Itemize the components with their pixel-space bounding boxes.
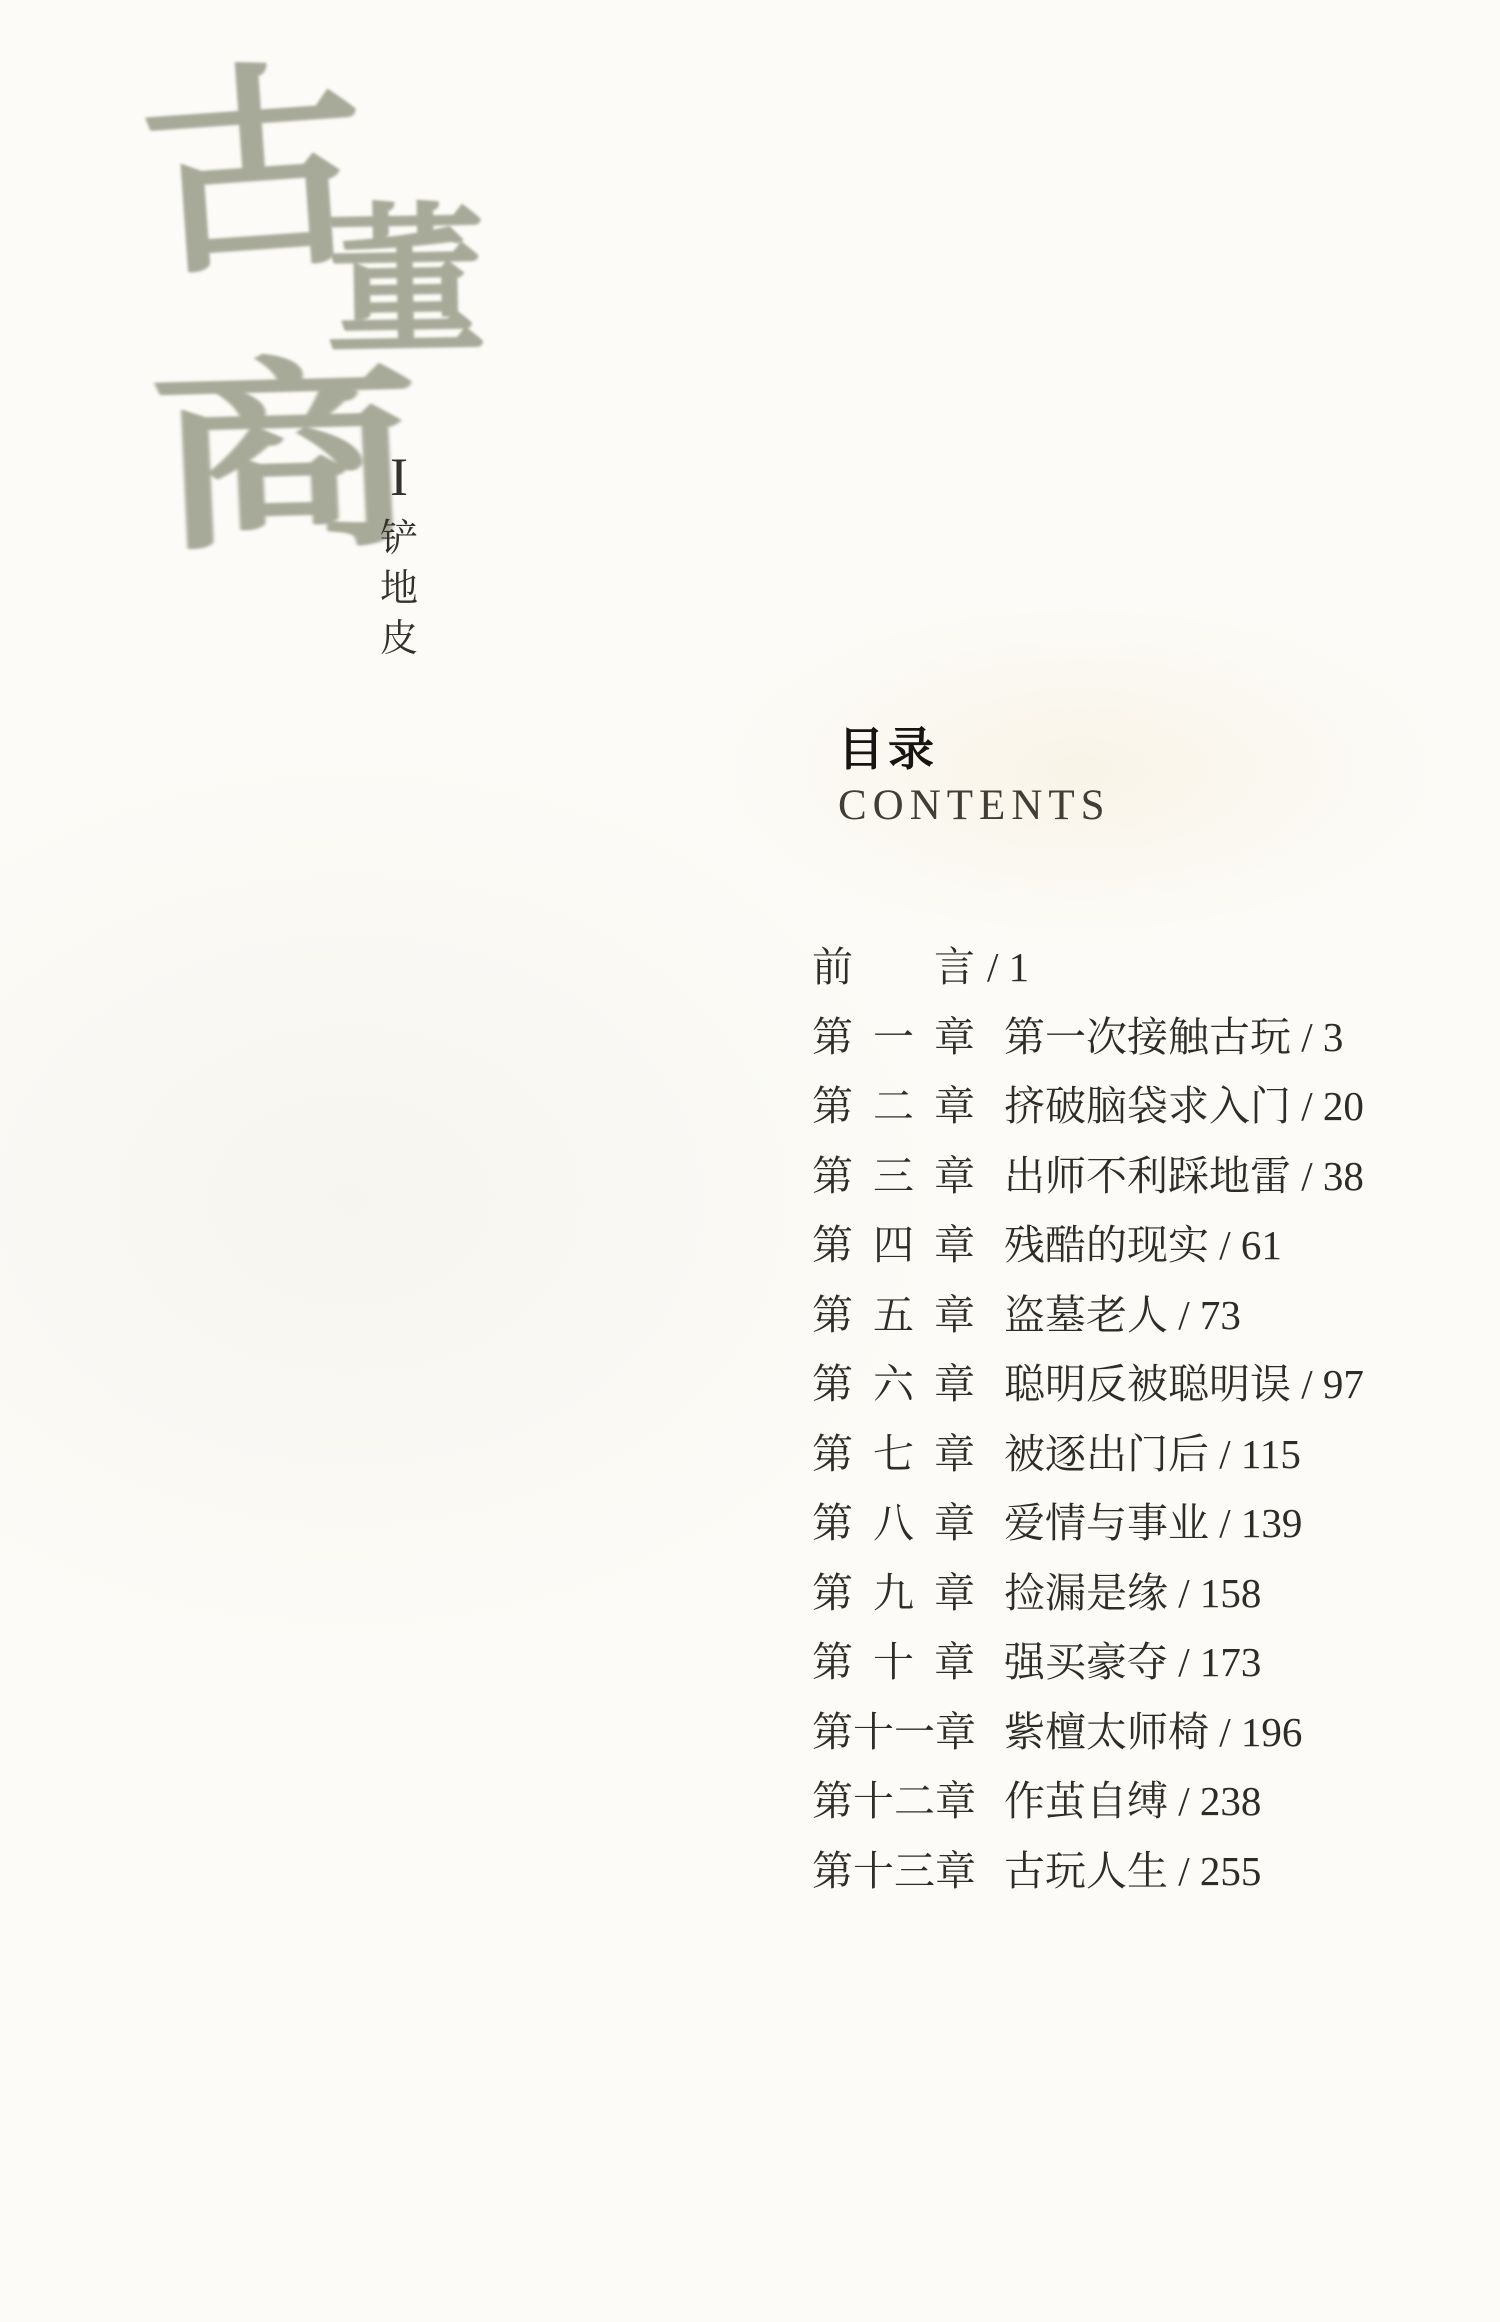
chapter-label: 第三章: [812, 1155, 975, 1197]
chapter-label-char: 言: [934, 946, 975, 988]
chapter-label: 第十三章: [812, 1850, 975, 1892]
volume-subtitle: 铲 地 皮: [374, 514, 424, 664]
volume-subtitle-char: 铲: [374, 514, 424, 564]
toc-row: 第二章挤破脑袋求入门 / 20: [812, 1085, 1364, 1127]
toc-row: 第十三章古玩人生 / 255: [812, 1850, 1364, 1892]
chapter-label-char: 第: [812, 1363, 853, 1405]
chapter-label-char: 第: [812, 1711, 853, 1753]
chapter-label-char: 章: [935, 1711, 976, 1753]
chapter-label-char: 第: [812, 1572, 853, 1614]
chapter-label-char: 一: [894, 1711, 935, 1753]
volume-number: I: [374, 450, 424, 504]
chapter-label-char: 第: [812, 1850, 853, 1892]
toc-row: 第四章残酷的现实 / 61: [812, 1224, 1364, 1266]
chapter-title: 残酷的现实: [1004, 1222, 1209, 1268]
chapter-label-char: 前: [812, 946, 853, 988]
volume-subtitle-char: 皮: [374, 614, 424, 664]
toc-heading: 目录: [838, 726, 1111, 772]
chapter-title-page: 第一次接触古玩 / 3: [1004, 1016, 1343, 1058]
volume-caption: I 铲 地 皮: [374, 450, 424, 664]
toc-row: 第八章爱情与事业 / 139: [812, 1502, 1364, 1544]
chapter-label-char: 第: [812, 1641, 853, 1683]
chapter-title-page: 出师不利踩地雷 / 38: [1004, 1155, 1364, 1197]
chapter-label: 第五章: [812, 1294, 975, 1336]
page-separator: /: [987, 944, 1009, 990]
chapter-title-page: 盗墓老人 / 73: [1004, 1294, 1241, 1336]
chapter-label-char: 十: [853, 1850, 894, 1892]
chapter-label-char: 章: [934, 1572, 975, 1614]
chapter-label: 第一章: [812, 1016, 975, 1058]
chapter-label-char: 三: [894, 1850, 935, 1892]
chapter-page: 173: [1200, 1639, 1262, 1685]
chapter-page: 97: [1323, 1361, 1364, 1407]
chapter-page: 255: [1200, 1848, 1262, 1894]
toc-row: 第六章聪明反被聪明误 / 97: [812, 1363, 1364, 1405]
toc-row: 第三章出师不利踩地雷 / 38: [812, 1155, 1364, 1197]
logo-char-dong: 董: [324, 201, 487, 364]
chapter-title-page: 强买豪夺 / 173: [1004, 1641, 1261, 1683]
toc-row: 第一章第一次接触古玩 / 3: [812, 1016, 1364, 1058]
chapter-label-char: 章: [935, 1780, 976, 1822]
chapter-page: 1: [1009, 944, 1030, 990]
chapter-label-char: 二: [894, 1780, 935, 1822]
chapter-label-char: 第: [812, 1085, 853, 1127]
page-separator: /: [1209, 1431, 1241, 1477]
chapter-title-page: / 1: [987, 946, 1029, 988]
chapter-title: 强买豪夺: [1004, 1639, 1168, 1685]
page-separator: /: [1291, 1083, 1323, 1129]
chapter-page: 73: [1200, 1292, 1241, 1338]
chapter-label-char: 章: [934, 1641, 975, 1683]
page-separator: /: [1168, 1570, 1200, 1616]
page-separator: /: [1168, 1848, 1200, 1894]
page-separator: /: [1291, 1361, 1323, 1407]
chapter-label-char: 十: [853, 1780, 894, 1822]
chapter-title: 捡漏是缘: [1004, 1570, 1168, 1616]
page-separator: /: [1291, 1153, 1323, 1199]
toc-row: 第七章被逐出门后 / 115: [812, 1433, 1364, 1475]
chapter-title: 紫檀太师椅: [1004, 1709, 1209, 1755]
toc-heading-en: CONTENTS: [838, 784, 1111, 827]
chapter-label-char: 十: [853, 1711, 894, 1753]
chapter-page: 61: [1241, 1222, 1282, 1268]
chapter-label-char: 三: [873, 1155, 914, 1197]
chapter-label-char: 章: [934, 1433, 975, 1475]
page-separator: /: [1291, 1014, 1323, 1060]
book-page: 古 董 商 I 铲 地 皮 目录 CONTENTS 前言/ 1第一章第一次接触古…: [0, 0, 1500, 2322]
chapter-label-char: 章: [935, 1850, 976, 1892]
chapter-label: 第九章: [812, 1572, 975, 1614]
chapter-label-char: 第: [812, 1780, 853, 1822]
chapter-label-char: 章: [934, 1155, 975, 1197]
chapter-label: 第十一章: [812, 1711, 975, 1753]
toc-row: 第十章强买豪夺 / 173: [812, 1641, 1364, 1683]
chapter-title: 第一次接触古玩: [1004, 1014, 1291, 1060]
page-separator: /: [1209, 1222, 1241, 1268]
chapter-page: 20: [1323, 1083, 1364, 1129]
toc-row: 第九章捡漏是缘 / 158: [812, 1572, 1364, 1614]
page-separator: /: [1168, 1778, 1200, 1824]
chapter-label-char: 章: [934, 1016, 975, 1058]
chapter-title: 作茧自缚: [1004, 1778, 1168, 1824]
chapter-label: 第十章: [812, 1641, 975, 1683]
toc-row: 第五章盗墓老人 / 73: [812, 1294, 1364, 1336]
chapter-page: 158: [1200, 1570, 1262, 1616]
chapter-label-char: 第: [812, 1224, 853, 1266]
chapter-label-char: 第: [812, 1016, 853, 1058]
chapter-label-char: 章: [934, 1294, 975, 1336]
chapter-label-char: 二: [873, 1085, 914, 1127]
chapter-label-char: 章: [934, 1502, 975, 1544]
chapter-title-page: 作茧自缚 / 238: [1004, 1780, 1261, 1822]
chapter-label-char: 第: [812, 1433, 853, 1475]
chapter-title: 出师不利踩地雷: [1004, 1153, 1291, 1199]
page-separator: /: [1168, 1639, 1200, 1685]
chapter-title-page: 紫檀太师椅 / 196: [1004, 1711, 1302, 1753]
chapter-title-page: 古玩人生 / 255: [1004, 1850, 1261, 1892]
chapter-label: 第八章: [812, 1502, 975, 1544]
chapter-label-char: 第: [812, 1502, 853, 1544]
chapter-title: 挤破脑袋求入门: [1004, 1083, 1291, 1129]
chapter-title-page: 挤破脑袋求入门 / 20: [1004, 1085, 1364, 1127]
chapter-title-page: 残酷的现实 / 61: [1004, 1224, 1282, 1266]
chapter-label-char: 四: [873, 1224, 914, 1266]
chapter-label-char: 十: [873, 1641, 914, 1683]
chapter-label: 第二章: [812, 1085, 975, 1127]
chapter-label-char: 五: [873, 1294, 914, 1336]
chapter-page: 139: [1241, 1500, 1303, 1546]
chapter-title-page: 捡漏是缘 / 158: [1004, 1572, 1261, 1614]
chapter-label-char: 章: [934, 1085, 975, 1127]
chapter-label: 第六章: [812, 1363, 975, 1405]
toc-heading-block: 目录 CONTENTS: [838, 726, 1111, 827]
chapter-label-char: 章: [934, 1363, 975, 1405]
chapter-label-char: 九: [873, 1572, 914, 1614]
chapter-title: 被逐出门后: [1004, 1431, 1209, 1477]
chapter-page: 115: [1241, 1431, 1301, 1477]
chapter-page: 3: [1323, 1014, 1344, 1060]
toc-row: 前言/ 1: [812, 946, 1364, 988]
chapter-title-page: 被逐出门后 / 115: [1004, 1433, 1301, 1475]
chapter-label-char: 第: [812, 1155, 853, 1197]
chapter-label-char: 章: [934, 1224, 975, 1266]
chapter-page: 196: [1241, 1709, 1303, 1755]
chapter-label: 第四章: [812, 1224, 975, 1266]
toc-list: 前言/ 1第一章第一次接触古玩 / 3第二章挤破脑袋求入门 / 20第三章出师不…: [812, 946, 1364, 1919]
chapter-title-page: 爱情与事业 / 139: [1004, 1502, 1302, 1544]
chapter-label-char: 六: [873, 1363, 914, 1405]
chapter-title: 聪明反被聪明误: [1004, 1361, 1291, 1407]
chapter-label: 第七章: [812, 1433, 975, 1475]
chapter-title-page: 聪明反被聪明误 / 97: [1004, 1363, 1364, 1405]
toc-row: 第十二章作茧自缚 / 238: [812, 1780, 1364, 1822]
page-separator: /: [1209, 1500, 1241, 1546]
page-separator: /: [1209, 1709, 1241, 1755]
chapter-page: 38: [1323, 1153, 1364, 1199]
volume-subtitle-char: 地: [374, 564, 424, 614]
chapter-label-char: 一: [873, 1016, 914, 1058]
chapter-label: 前言: [812, 946, 975, 988]
chapter-label-char: 八: [873, 1502, 914, 1544]
chapter-label-char: 七: [873, 1433, 914, 1475]
page-separator: /: [1168, 1292, 1200, 1338]
chapter-title: 爱情与事业: [1004, 1500, 1209, 1546]
chapter-title: 古玩人生: [1004, 1848, 1168, 1894]
chapter-title: 盗墓老人: [1004, 1292, 1168, 1338]
chapter-page: 238: [1200, 1778, 1262, 1824]
chapter-label: 第十二章: [812, 1780, 975, 1822]
toc-row: 第十一章紫檀太师椅 / 196: [812, 1711, 1364, 1753]
chapter-label-char: 第: [812, 1294, 853, 1336]
